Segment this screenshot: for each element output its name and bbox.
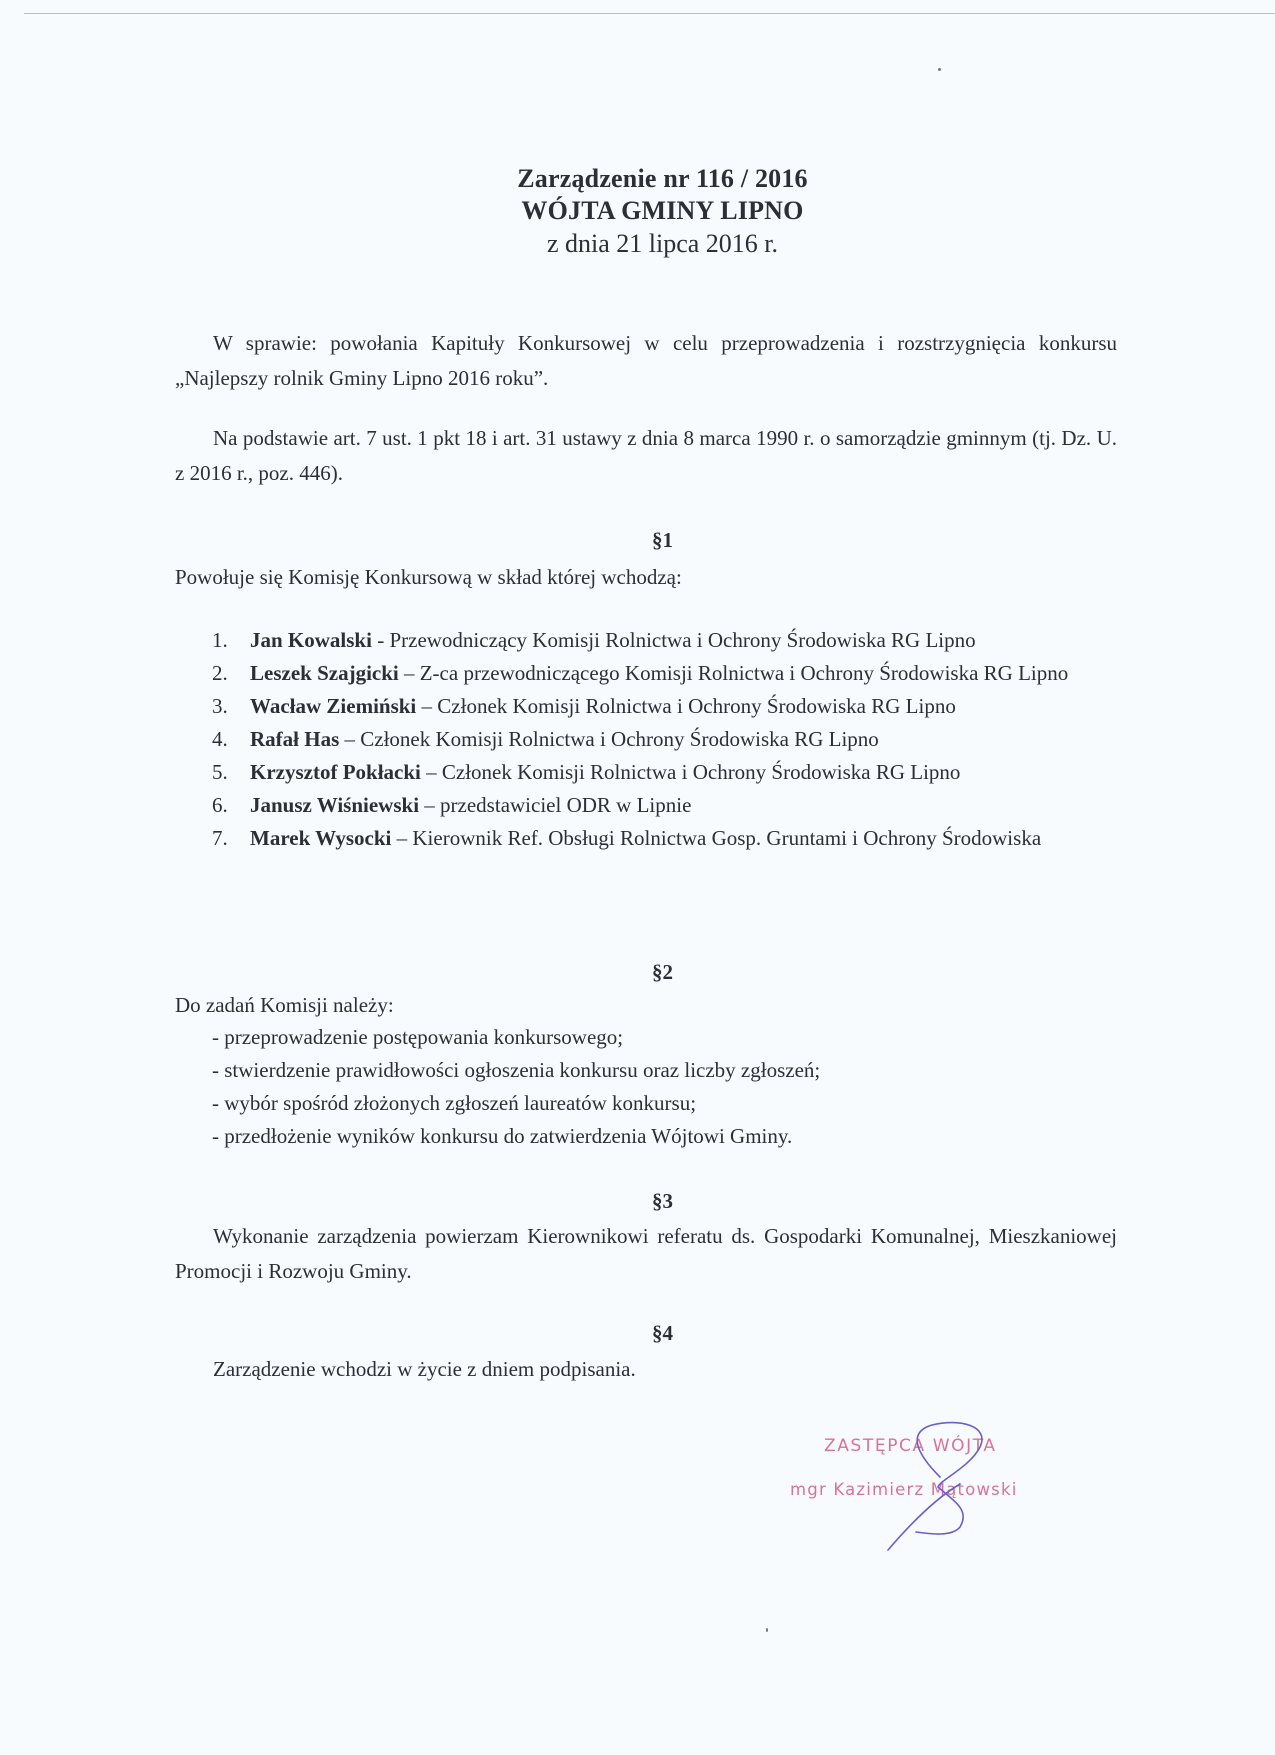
section-4-text: Zarządzenie wchodzi w życie z dniem podp… — [175, 1352, 1117, 1387]
document-issuer: WÓJTA GMINY LIPNO — [50, 195, 1275, 227]
list-item: 5.Krzysztof Pokłacki – Członek Komisji R… — [212, 756, 1117, 789]
list-item: - przeprowadzenie postępowania konkursow… — [212, 1021, 820, 1054]
member-name: Wacław Ziemiński — [250, 694, 416, 718]
member-name: Leszek Szajgicki — [250, 661, 399, 685]
list-item: 4.Rafał Has – Członek Komisji Rolnictwa … — [212, 723, 1117, 756]
scan-speck — [938, 68, 941, 71]
legal-basis-paragraph: Na podstawie art. 7 ust. 1 pkt 18 i art.… — [175, 421, 1117, 491]
member-role: Kierownik Ref. Obsługi Rolnictwa Gosp. G… — [412, 826, 1041, 850]
member-role: Członek Komisji Rolnictwa i Ochrony Środ… — [360, 727, 879, 751]
member-name: Krzysztof Pokłacki — [250, 760, 421, 784]
list-item: - wybór spośród złożonych zgłoszeń laure… — [212, 1087, 820, 1120]
member-role: Członek Komisji Rolnictwa i Ochrony Środ… — [437, 694, 956, 718]
list-item: 1.Jan Kowalski - Przewodniczący Komisji … — [212, 624, 1117, 657]
section-1-mark: §1 — [0, 528, 1275, 553]
list-item: 7.Marek Wysocki – Kierownik Ref. Obsługi… — [212, 822, 1117, 855]
document-date: z dnia 21 lipca 2016 r. — [50, 227, 1275, 261]
page-top-edge — [24, 13, 1275, 14]
member-name: Marek Wysocki — [250, 826, 391, 850]
list-item: 3.Wacław Ziemiński – Członek Komisji Rol… — [212, 690, 1117, 723]
document-title-block: Zarządzenie nr 116 / 2016 WÓJTA GMINY LI… — [0, 163, 1275, 261]
subject-paragraph: W sprawie: powołania Kapituły Konkursowe… — [175, 326, 1117, 396]
committee-task-list: - przeprowadzenie postępowania konkursow… — [212, 1021, 820, 1153]
scan-speck — [766, 1628, 768, 1632]
member-name: Janusz Wiśniewski — [250, 793, 419, 817]
section-1-intro: Powołuje się Komisję Konkursową w skład … — [175, 560, 1117, 595]
list-item: - stwierdzenie prawidłowości ogłoszenia … — [212, 1054, 820, 1087]
section-3-mark: §3 — [0, 1189, 1275, 1214]
member-role: Z-ca przewodniczącego Komisji Rolnictwa … — [420, 661, 1069, 685]
list-item: 2.Leszek Szajgicki – Z-ca przewodniczące… — [212, 657, 1117, 690]
signature-icon — [820, 1392, 1080, 1562]
section-2-mark: §2 — [0, 960, 1275, 985]
member-role: Przewodniczący Komisji Rolnictwa i Ochro… — [389, 628, 975, 652]
member-name: Rafał Has — [250, 727, 339, 751]
section-2-intro: Do zadań Komisji należy: — [175, 988, 1117, 1023]
member-role: Członek Komisji Rolnictwa i Ochrony Środ… — [442, 760, 961, 784]
section-4-mark: §4 — [0, 1321, 1275, 1346]
member-name: Jan Kowalski — [250, 628, 372, 652]
document-title: Zarządzenie nr 116 / 2016 — [50, 163, 1275, 195]
committee-member-list: 1.Jan Kowalski - Przewodniczący Komisji … — [212, 624, 1117, 855]
list-item: - przedłożenie wyników konkursu do zatwi… — [212, 1120, 820, 1153]
section-3-text: Wykonanie zarządzenia powierzam Kierowni… — [175, 1219, 1117, 1289]
list-item: 6.Janusz Wiśniewski – przedstawiciel ODR… — [212, 789, 1117, 822]
official-stamp: ZASTĘPCA WÓJTA mgr Kazimierz Mątowski — [820, 1418, 1080, 1528]
member-role: przedstawiciel ODR w Lipnie — [440, 793, 691, 817]
